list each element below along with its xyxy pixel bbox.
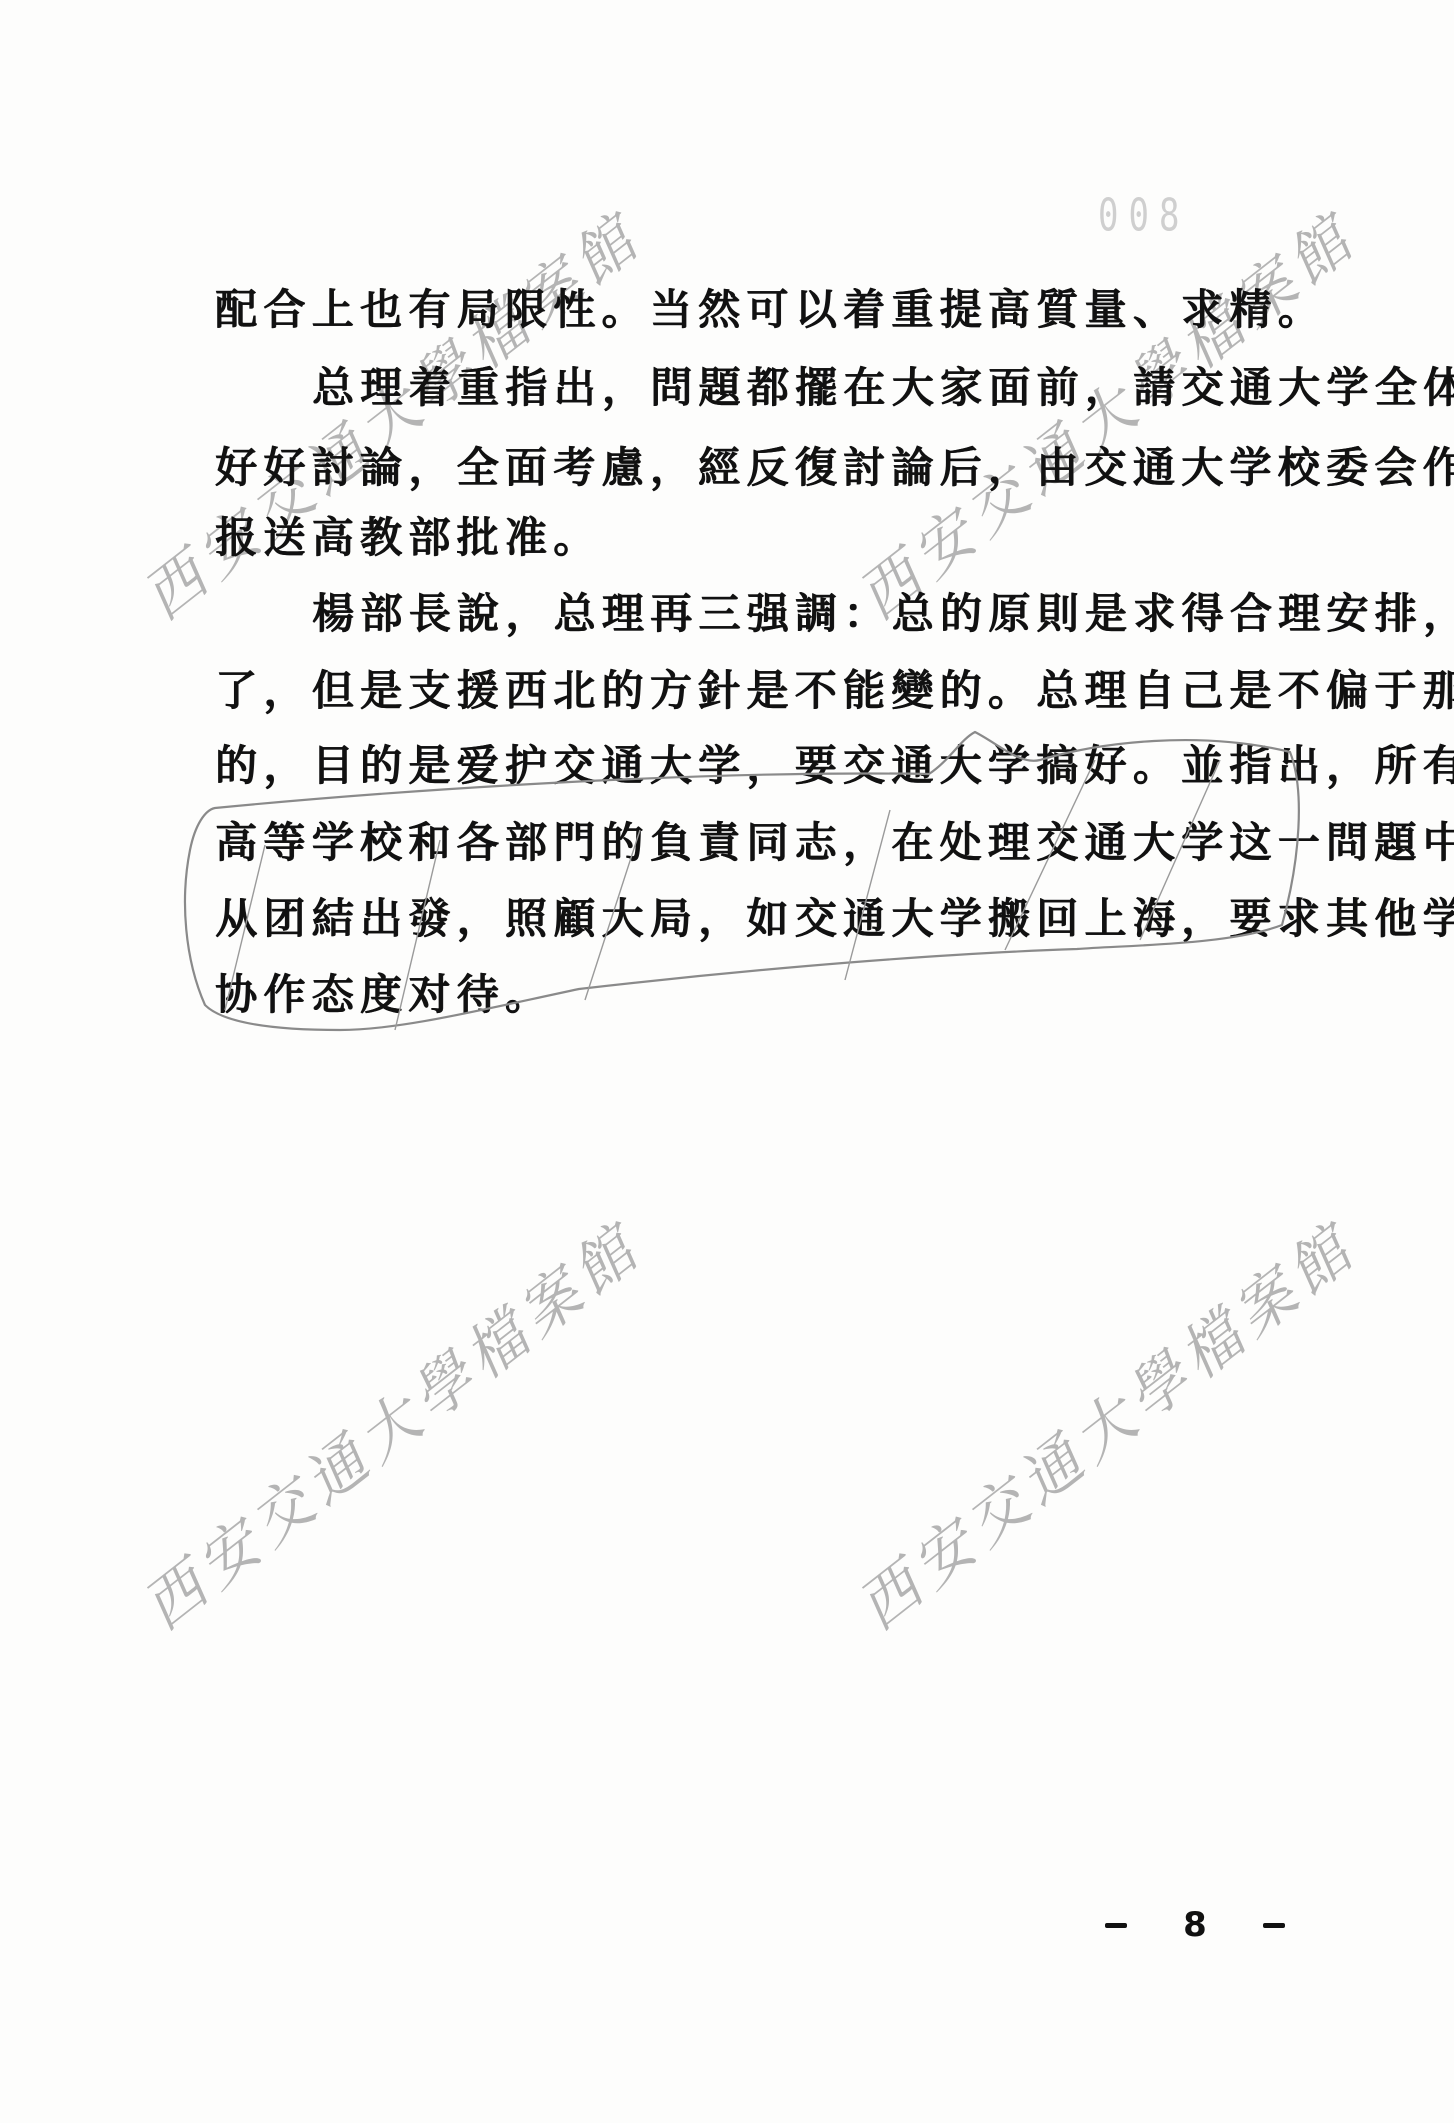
text-line: 楊部長說，总理再三强調：总的原則是求得合理安排，条件虽變 — [312, 590, 1392, 638]
page-number: 8 — [1105, 1905, 1285, 1945]
text-line: 好好討論，全面考慮，經反復討論后，由交通大学校委会作出選擇， — [215, 444, 1295, 492]
text-line: 协作态度对待。 — [215, 971, 1295, 1019]
dash-left — [1105, 1923, 1127, 1928]
text-line: 从团結出發，照顧大局，如交通大学搬回上海，要求其他学校也应以 — [215, 895, 1295, 943]
watermark: 西安交通大學檔案館 — [837, 1201, 1372, 1646]
document-page: 008 西安交通大學檔案館 西安交通大學檔案館 西安交通大學檔案館 西安交通大學… — [0, 0, 1454, 2123]
watermark: 西安交通大學檔案館 — [122, 1201, 657, 1646]
text-line: 报送高教部批准。 — [215, 514, 1295, 562]
text-line: 高等学校和各部門的負責同志，在处理交通大学这一問題中必須一切 — [215, 819, 1295, 867]
text-line: 配合上也有局限性。当然可以着重提高質量、求精。 — [215, 286, 1295, 334]
text-line: 总理着重指出，問題都擺在大家面前，請交通大学全体师生自己 — [312, 364, 1392, 412]
text-line: 了，但是支援西北的方針是不能變的。总理自己是不偏于那一个方案 — [215, 667, 1295, 715]
archive-number: 008 — [1098, 190, 1189, 242]
dash-right — [1263, 1923, 1285, 1928]
page-number-value: 8 — [1183, 1905, 1207, 1945]
watermark: 西安交通大學檔案館 — [837, 191, 1372, 636]
text-line: 的，目的是爱护交通大学，要交通大学搞好。並指出，所有到会的各 — [215, 742, 1295, 790]
watermark: 西安交通大學檔案館 — [122, 191, 657, 636]
